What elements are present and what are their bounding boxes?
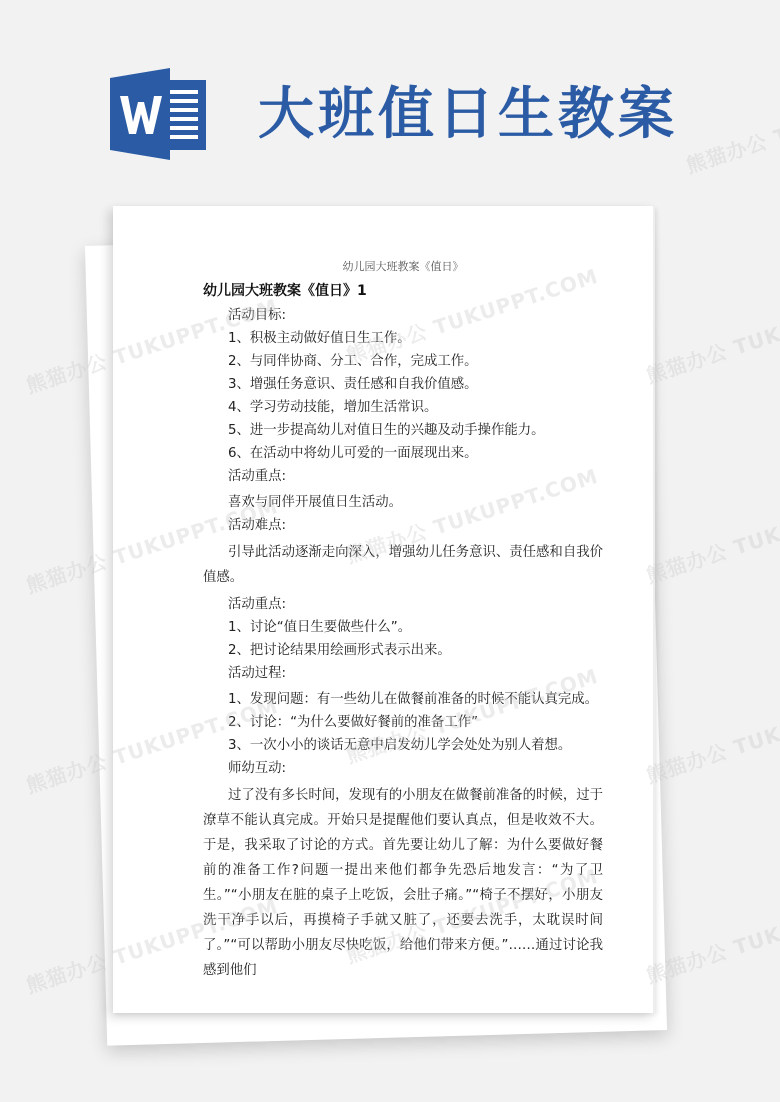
- watermark: 熊猫办公 TUKUPPT.COM: [642, 680, 780, 789]
- key-points-2-label: 活动重点:: [203, 593, 603, 616]
- difficulty-label: 活动难点:: [203, 514, 603, 537]
- goal-item: 6、在活动中将幼儿可爱的一面展现出来。: [203, 442, 603, 465]
- goal-item: 5、进一步提高幼儿对值日生的兴趣及动手操作能力。: [203, 419, 603, 442]
- running-head: 幼儿园大班教案《值日》: [203, 256, 603, 278]
- key-points-text: 喜欢与同伴开展值日生活动。: [203, 491, 603, 514]
- watermark: 熊猫办公 TUKUPPT.COM: [642, 280, 780, 389]
- banner: 大班值日生教案: [0, 0, 780, 200]
- process-label: 活动过程:: [203, 662, 603, 685]
- difficulty-text: 引导此活动逐渐走向深入，增强幼儿任务意识、责任感和自我价值感。: [203, 540, 603, 590]
- process-item: 1、发现问题：有一些幼儿在做餐前准备的时候不能认真完成。: [203, 688, 603, 711]
- goal-item: 1、积极主动做好值日生工作。: [203, 327, 603, 350]
- watermark: 熊猫办公 TUKUPPT.COM: [642, 480, 780, 589]
- goal-item: 3、增强任务意识、责任感和自我价值感。: [203, 373, 603, 396]
- word-document-icon: [108, 68, 208, 160]
- goals-label: 活动目标:: [203, 304, 603, 327]
- document-heading: 幼儿园大班教案《值日》1: [203, 278, 603, 304]
- process-item: 2、讨论：“为什么要做好餐前的准备工作”: [203, 711, 603, 734]
- process-item: 3、一次小小的谈话无意中启发幼儿学会处处为别人着想。: [203, 734, 603, 757]
- key-points-2-item: 1、讨论“值日生要做些什么”。: [203, 616, 603, 639]
- key-points-2-item: 2、把讨论结果用绘画形式表示出来。: [203, 639, 603, 662]
- page-content: 幼儿园大班教案《值日》 幼儿园大班教案《值日》1 活动目标: 1、积极主动做好值…: [203, 256, 603, 983]
- goal-item: 4、学习劳动技能，增加生活常识。: [203, 396, 603, 419]
- interaction-label: 师幼互动:: [203, 757, 603, 780]
- interaction-text: 过了没有多长时间，发现有的小朋友在做餐前准备的时候，过于潦草不能认真完成。开始只…: [203, 783, 603, 983]
- key-points-label: 活动重点:: [203, 465, 603, 488]
- document-page: 幼儿园大班教案《值日》 幼儿园大班教案《值日》1 活动目标: 1、积极主动做好值…: [113, 206, 655, 1013]
- banner-title: 大班值日生教案: [258, 74, 678, 154]
- goal-item: 2、与同伴协商、分工、合作，完成工作。: [203, 350, 603, 373]
